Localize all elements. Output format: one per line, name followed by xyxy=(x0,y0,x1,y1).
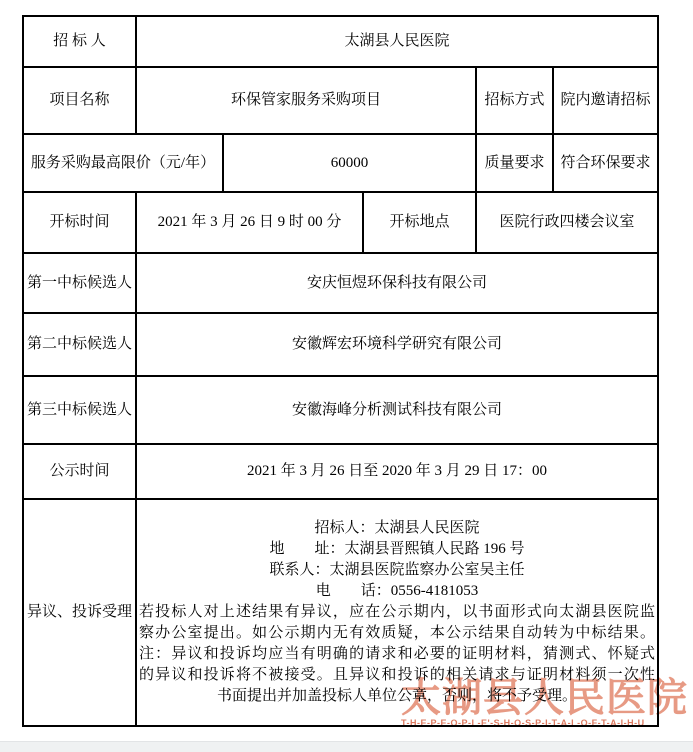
notice-line-contact: 联系人：太湖县医院监察办公室吴主任 xyxy=(139,560,655,581)
notice-line-5: 若投标人对上述结果有异议，应在公示期内，以书面形式向太湖县医院监 xyxy=(139,602,655,623)
opening-time-value: 2021 年 3 月 26 日 9 时 00 分 xyxy=(136,192,363,253)
notice-line-phone: 电 话：0556-4181053 xyxy=(139,581,655,602)
opening-place-label: 开标地点 xyxy=(363,192,476,253)
row-bidder: 招 标 人 太湖县人民医院 xyxy=(23,16,658,67)
row-candidate-3: 第三中标候选人 安徽海峰分析测试科技有限公司 xyxy=(23,376,658,444)
price-limit-value: 60000 xyxy=(223,134,476,192)
opening-time-label: 开标时间 xyxy=(23,192,136,253)
project-name-value: 环保管家服务采购项目 xyxy=(136,67,476,134)
candidate-1-value: 安庆恒煜环保科技有限公司 xyxy=(136,253,658,313)
quality-value: 符合环保要求 xyxy=(553,134,658,192)
opening-place-value: 医院行政四楼会议室 xyxy=(476,192,658,253)
bottom-bar xyxy=(0,741,693,752)
notice-line-8: 的异议和投诉将不被接受。且异议和投诉的相关请求与证明材料须一次性 xyxy=(139,665,655,686)
row-project: 项目名称 环保管家服务采购项目 招标方式 院内邀请招标 xyxy=(23,67,658,134)
objection-content: 招标人：太湖县人民医院 地 址：太湖县晋熙镇人民路 196 号 联系人：太湖县医… xyxy=(136,499,658,726)
bidder-label: 招 标 人 xyxy=(23,16,136,67)
notice-line-9: 书面提出并加盖投标人单位公章，否则，将不予受理。 xyxy=(139,686,655,707)
row-opening: 开标时间 2021 年 3 月 26 日 9 时 00 分 开标地点 医院行政四… xyxy=(23,192,658,253)
notice-line-address: 地 址：太湖县晋熙镇人民路 196 号 xyxy=(139,539,655,560)
row-candidate-1: 第一中标候选人 安庆恒煜环保科技有限公司 xyxy=(23,253,658,313)
row-candidate-2: 第二中标候选人 安徽辉宏环境科学研究有限公司 xyxy=(23,313,658,376)
quality-label: 质量要求 xyxy=(476,134,553,192)
publicity-time-value: 2021 年 3 月 26 日至 2020 年 3 月 29 日 17：00 xyxy=(136,444,658,499)
notice-line-6: 察办公室提出。如公示期内无有效质疑，本公示结果自动转为中标结果。 xyxy=(139,623,655,644)
bidder-value: 太湖县人民医院 xyxy=(136,16,658,67)
candidate-3-value: 安徽海峰分析测试科技有限公司 xyxy=(136,376,658,444)
row-objection: 异议、投诉受理 招标人：太湖县人民医院 地 址：太湖县晋熙镇人民路 196 号 … xyxy=(23,499,658,726)
notice-line-bidder: 招标人：太湖县人民医院 xyxy=(139,518,655,539)
candidate-3-label: 第三中标候选人 xyxy=(23,376,136,444)
bid-method-value: 院内邀请招标 xyxy=(553,67,658,134)
publicity-time-label: 公示时间 xyxy=(23,444,136,499)
bid-result-table: 招 标 人 太湖县人民医院 项目名称 环保管家服务采购项目 招标方式 院内邀请招… xyxy=(22,15,659,727)
objection-label: 异议、投诉受理 xyxy=(23,499,136,726)
price-limit-label: 服务采购最高限价（元/年） xyxy=(23,134,223,192)
candidate-1-label: 第一中标候选人 xyxy=(23,253,136,313)
notice-line-7: 注：异议和投诉均应当有明确的请求和必要的证明材料，猜测式、怀疑式 xyxy=(139,644,655,665)
row-publicity-time: 公示时间 2021 年 3 月 26 日至 2020 年 3 月 29 日 17… xyxy=(23,444,658,499)
publicity-page: 招 标 人 太湖县人民医院 项目名称 环保管家服务采购项目 招标方式 院内邀请招… xyxy=(0,0,693,752)
candidate-2-value: 安徽辉宏环境科学研究有限公司 xyxy=(136,313,658,376)
project-name-label: 项目名称 xyxy=(23,67,136,134)
bid-method-label: 招标方式 xyxy=(476,67,553,134)
candidate-2-label: 第二中标候选人 xyxy=(23,313,136,376)
row-price-limit: 服务采购最高限价（元/年） 60000 质量要求 符合环保要求 xyxy=(23,134,658,192)
